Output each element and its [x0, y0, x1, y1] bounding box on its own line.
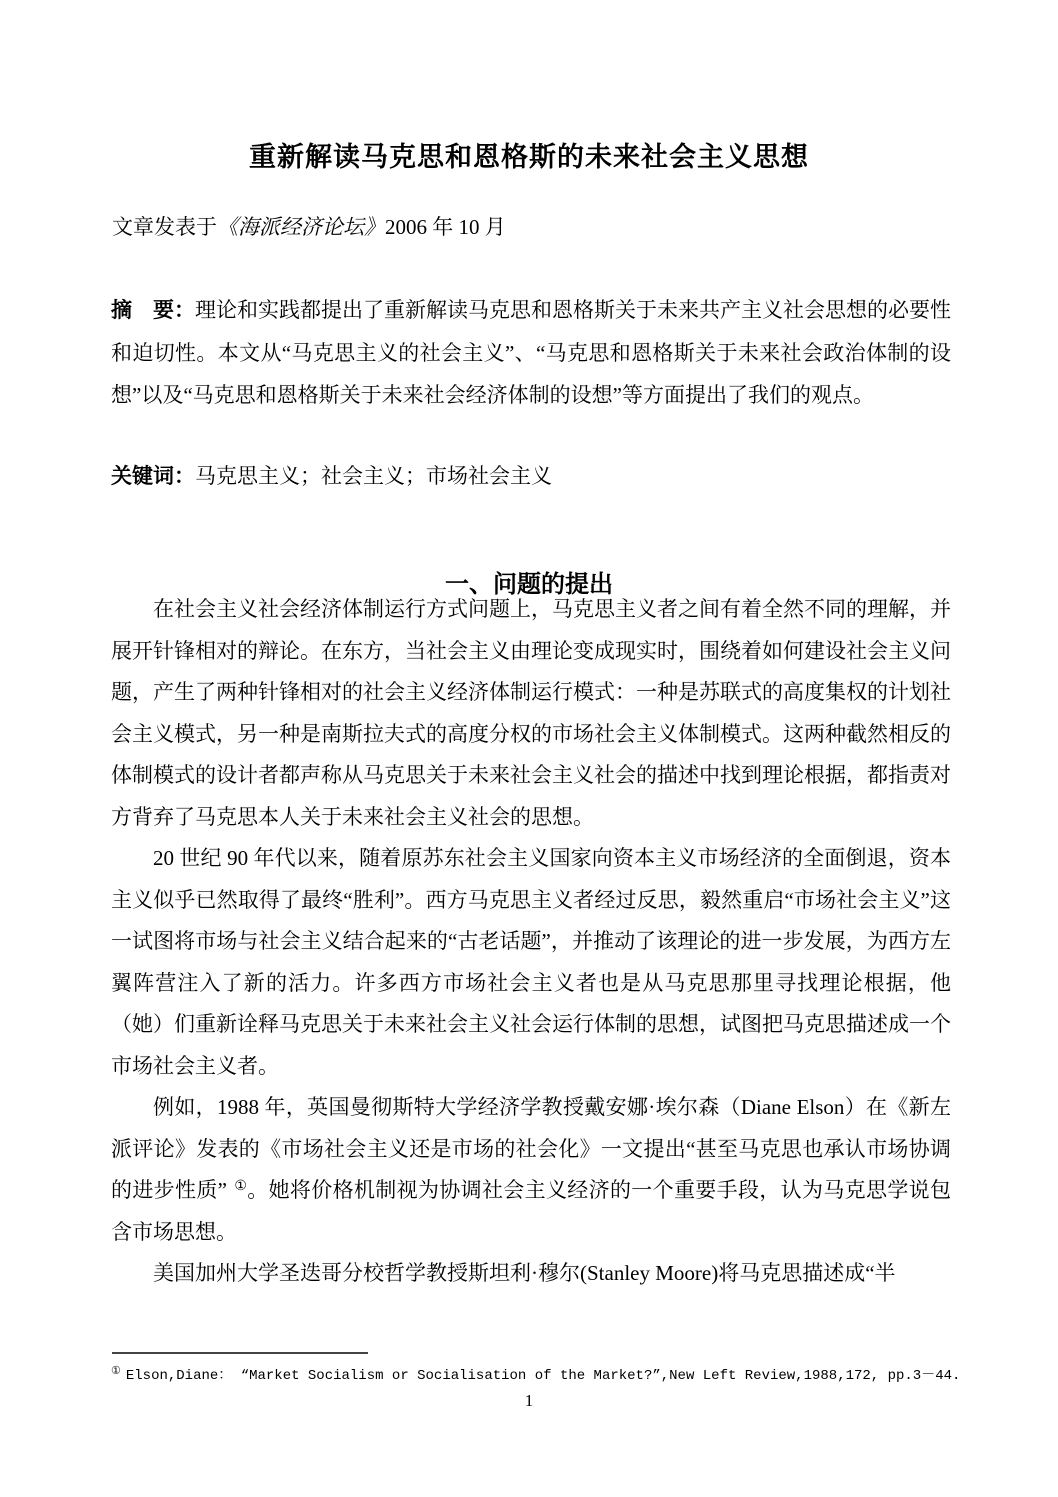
footnote-text: Elson,Diane： “Market Socialism or Social… [126, 1368, 961, 1384]
footnote: ①Elson,Diane： “Market Socialism or Socia… [111, 1364, 971, 1388]
page-number: 1 [0, 1389, 1058, 1413]
publication-note: 文章发表于《海派经济论坛》2006 年 10 月 [112, 210, 950, 244]
journal-title: 《海派经济论坛》 [217, 215, 385, 239]
keywords-label: 关键词： [111, 465, 195, 488]
footnote-reference-mark: ① [234, 1179, 247, 1194]
abstract-text: 理论和实践都提出了重新解读马克思和恩格斯关于未来共产主义社会思想的必要性和迫切性… [111, 298, 951, 407]
document-page: 重新解读马克思和恩格斯的未来社会主义思想 文章发表于《海派经济论坛》2006 年… [0, 0, 1058, 1497]
footnote-marker: ① [111, 1366, 121, 1378]
paragraph-2: 20 世纪 90 年代以来，随着原苏东社会主义国家向资本主义市场经济的全面倒退，… [111, 838, 951, 1087]
abstract-label: 摘 要： [111, 299, 195, 322]
section-body: 在社会主义社会经济体制运行方式问题上，马克思主义者之间有着全然不同的理解，并展开… [111, 589, 951, 1295]
paragraph-1: 在社会主义社会经济体制运行方式问题上，马克思主义者之间有着全然不同的理解，并展开… [111, 589, 951, 838]
abstract-paragraph: 摘 要：理论和实践都提出了重新解读马克思和恩格斯关于未来共产主义社会思想的必要性… [111, 289, 951, 416]
publication-note-prefix: 文章发表于 [112, 215, 217, 239]
footnote-separator [112, 1352, 368, 1354]
paragraph-4: 美国加州大学圣迭哥分校哲学教授斯坦利·穆尔(Stanley Moore)将马克思… [111, 1253, 951, 1295]
paragraph-3: 例如，1988 年，英国曼彻斯特大学经济学教授戴安娜·埃尔森（Diane Els… [111, 1087, 951, 1253]
page-title: 重新解读马克思和恩格斯的未来社会主义思想 [0, 138, 1058, 176]
publication-note-date: 2006 年 10 月 [385, 215, 506, 239]
keywords-text: 马克思主义；社会主义；市场社会主义 [195, 464, 552, 488]
keywords-line: 关键词：马克思主义；社会主义；市场社会主义 [111, 455, 951, 498]
